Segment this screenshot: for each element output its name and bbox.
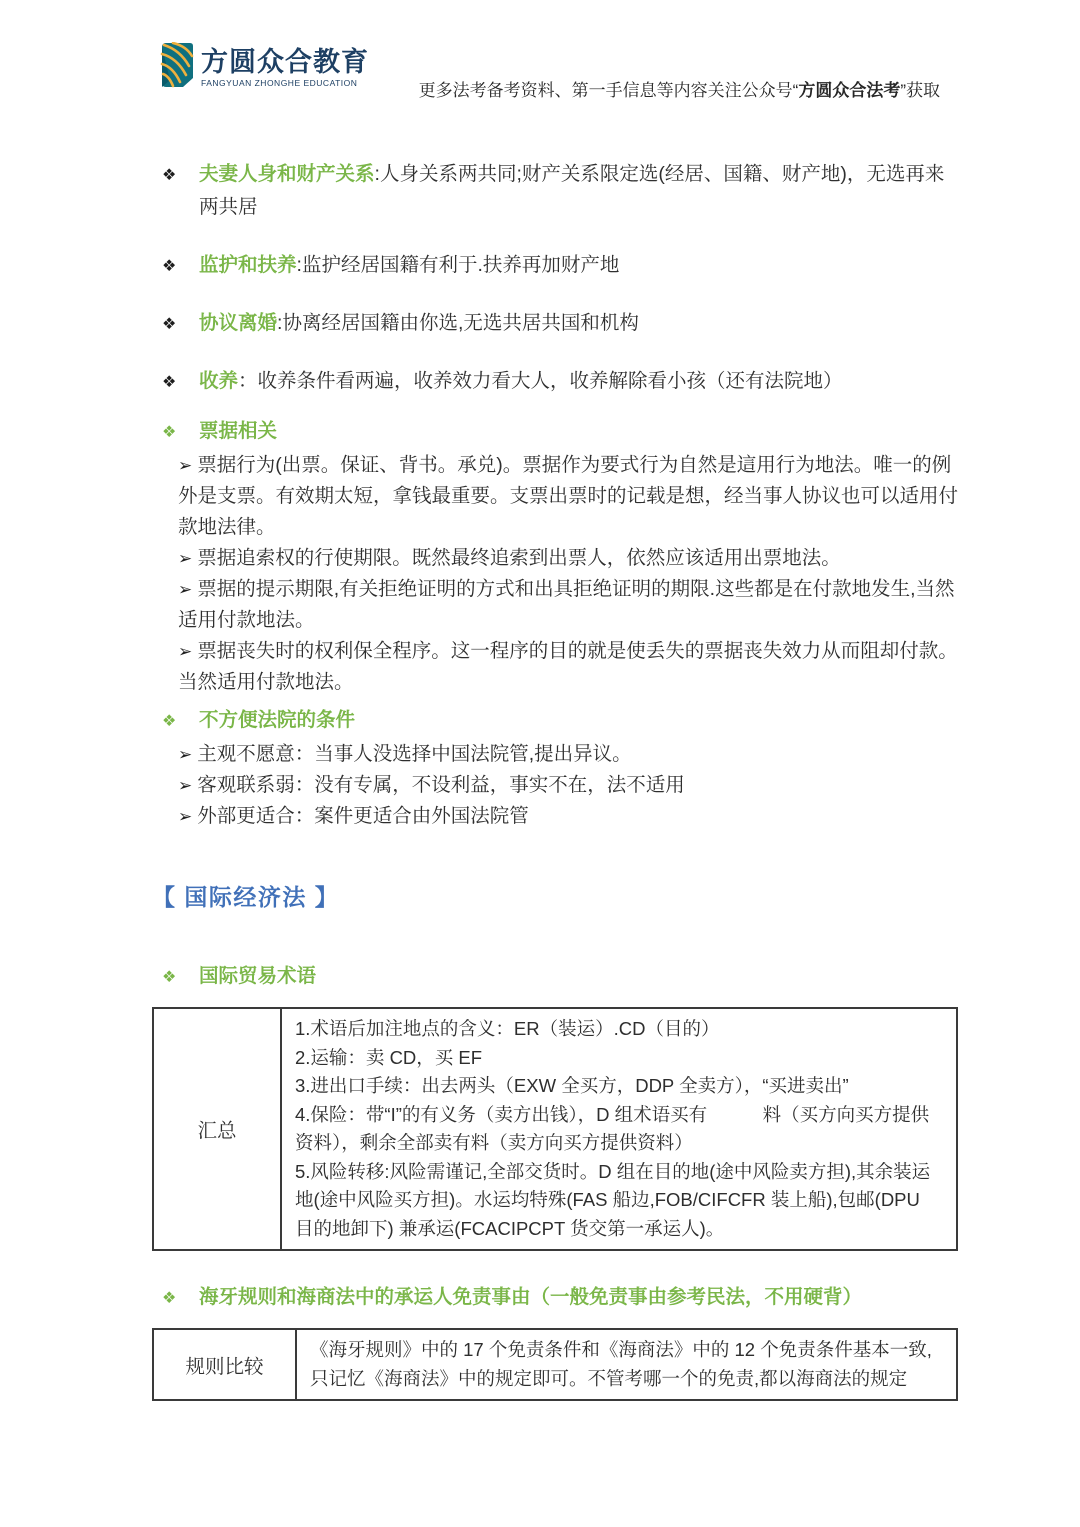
bullet-text: 协离经居国籍由你选,无选共居共国和机构: [282, 312, 638, 334]
hague-rules-table: 规则比较 《海牙规则》中的 17 个免责条件和《海商法》中的 12 个免责条件基…: [152, 1328, 958, 1401]
bullet-label: 监护和扶养: [199, 254, 297, 276]
list-item: ➢主观不愿意：当事人没选择中国法院管,提出异议。: [178, 739, 958, 770]
logo: 方圆众合教育 FANGYUAN ZHONGHE EDUCATION: [160, 42, 369, 89]
diamond-bullet-icon: ❖: [162, 705, 176, 738]
table-cell-line: 《海牙规则》中的 17 个免责条件和《海商法》中的 12 个免责条件基本一致,只…: [310, 1336, 943, 1393]
tagline-prefix: 更多法考备考资料、第一手信息等内容关注公众号“: [419, 81, 799, 100]
diamond-bullet-icon: ❖: [162, 366, 176, 399]
list-item: ➢客观联系弱：没有专属，不设利益，事实不在，法不适用: [178, 770, 958, 801]
table-row: 汇总 1.术语后加注地点的含义：ER（装运）.CD（目的） 2.运输：卖 CD，…: [153, 1008, 957, 1250]
bullet-divorce-agreement: ❖协议离婚:协离经居国籍由你选,无选共居共国和机构: [152, 307, 958, 340]
fangyuan-logo-icon: [160, 42, 194, 89]
diamond-bullet-icon: ❖: [162, 159, 176, 192]
list-item-text: 主观不愿意：当事人没选择中国法院管,提出异议。: [197, 743, 631, 765]
bullet-adoption: ❖收养：收养条件看两遍，收养效力看大人，收养解除看小孩（还有法院地）: [152, 365, 958, 398]
bullet-guardianship: ❖监护和扶养:监护经居国籍有利于.扶养再加财产地: [152, 249, 958, 282]
section-title: 海牙规则和海商法中的承运人免责事由（一般免责事由参考民法，不用硬背）: [199, 1286, 862, 1308]
bullet-text: 监护经居国籍有利于.扶养再加财产地: [302, 254, 619, 276]
section-heading-bills: ❖票据相关: [152, 415, 958, 448]
list-item: ➢票据丧失时的权利保全程序。这一程序的目的就是使丢失的票据丧失效力从而阻却付款。…: [178, 636, 958, 698]
document-page: 方圆众合教育 FANGYUAN ZHONGHE EDUCATION 更多法考备考…: [0, 0, 1080, 1527]
tagline-brand: 方圆众合法考: [798, 81, 900, 100]
section-heading-forum-non-conveniens: ❖不方便法院的条件: [152, 704, 958, 737]
tagline-suffix: ”获取: [900, 81, 940, 100]
bullet-label: 夫妻人身和财产关系: [199, 163, 375, 185]
list-item-text: 票据的提示期限,有关拒绝证明的方式和出具拒绝证明的期限.这些都是在付款地发生,当…: [178, 578, 955, 631]
arrow-bullet-icon: ➢: [178, 580, 192, 599]
diamond-bullet-icon: ❖: [162, 416, 176, 449]
table-cell-line: 1.术语后加注地点的含义：ER（装运）.CD（目的）: [295, 1015, 943, 1044]
list-item: ➢票据追索权的行使期限。既然最终追索到出票人，依然应该适用出票地法。: [178, 543, 958, 574]
diamond-bullet-icon: ❖: [162, 308, 176, 341]
section-heading-trade-terms: ❖国际贸易术语: [152, 960, 958, 993]
section-title: 票据相关: [199, 420, 277, 442]
section-title: 不方便法院的条件: [199, 709, 355, 731]
bullet-label: 收养: [199, 370, 238, 392]
logo-title: 方圆众合教育: [201, 46, 369, 78]
table-row-label: 规则比较: [153, 1329, 296, 1400]
arrow-bullet-icon: ➢: [178, 807, 192, 826]
table-cell-line: 5.风险转移:风险需谨记,全部交货时。D 组在目的地(途中风险卖方担),其余装运…: [295, 1158, 943, 1244]
header-tagline: 更多法考备考资料、第一手信息等内容关注公众号“方圆众合法考”获取: [419, 76, 940, 101]
table-row-content: 1.术语后加注地点的含义：ER（装运）.CD（目的） 2.运输：卖 CD，买 E…: [281, 1008, 957, 1250]
list-item: ➢外部更适合：案件更适合由外国法院管: [178, 801, 958, 832]
diamond-bullet-icon: ❖: [162, 250, 176, 283]
arrow-bullet-icon: ➢: [178, 776, 192, 795]
table-row: 规则比较 《海牙规则》中的 17 个免责条件和《海商法》中的 12 个免责条件基…: [153, 1329, 957, 1400]
list-item-text: 客观联系弱：没有专属，不设利益，事实不在，法不适用: [197, 774, 685, 796]
section-heading-hague-rules: ❖海牙规则和海商法中的承运人免责事由（一般免责事由参考民法，不用硬背）: [152, 1281, 958, 1314]
bullet-marital-relations: ❖夫妻人身和财产关系:人身关系两共同;财产关系限定选(经居、国籍、财产地)，无选…: [152, 158, 958, 224]
part-header-international-economic-law: 【 国际经济法 】: [152, 880, 958, 914]
bullet-colon: ：: [238, 370, 258, 392]
list-item-text: 外部更适合：案件更适合由外国法院管: [197, 805, 529, 827]
table-row-content: 《海牙规则》中的 17 个免责条件和《海商法》中的 12 个免责条件基本一致,只…: [296, 1329, 957, 1400]
table-cell-line: 4.保险：带“I”的有义务（卖方出钱），D 组术语买有 料（买方向买方提供资料）…: [295, 1101, 943, 1158]
section-title: 国际贸易术语: [199, 965, 316, 987]
logo-text: 方圆众合教育 FANGYUAN ZHONGHE EDUCATION: [201, 42, 369, 88]
arrow-bullet-icon: ➢: [178, 642, 192, 661]
list-item: ➢票据的提示期限,有关拒绝证明的方式和出具拒绝证明的期限.这些都是在付款地发生,…: [178, 574, 958, 636]
arrow-bullet-icon: ➢: [178, 456, 192, 475]
table-cell-line: 2.运输：卖 CD，买 EF: [295, 1044, 943, 1073]
arrow-bullet-icon: ➢: [178, 745, 192, 764]
diamond-bullet-icon: ❖: [162, 961, 176, 994]
table-row-label: 汇总: [153, 1008, 281, 1250]
bullet-label: 协议离婚: [199, 312, 277, 334]
diamond-bullet-icon: ❖: [162, 1282, 176, 1315]
arrow-bullet-icon: ➢: [178, 549, 192, 568]
table-cell-line: 3.进出口手续：出去两头（EXW 全买方，DDP 全卖方），“买进卖出”: [295, 1072, 943, 1101]
logo-subtitle: FANGYUAN ZHONGHE EDUCATION: [201, 78, 369, 88]
trade-terms-table: 汇总 1.术语后加注地点的含义：ER（装运）.CD（目的） 2.运输：卖 CD，…: [152, 1007, 958, 1251]
list-item: ➢票据行为(出票。保证、背书。承兑)。票据作为要式行为自然是這用行为地法。唯一的…: [178, 450, 958, 543]
list-item-text: 票据丧失时的权利保全程序。这一程序的目的就是使丢失的票据丧失效力从而阻却付款。当…: [178, 640, 958, 693]
page-content: ❖夫妻人身和财产关系:人身关系两共同;财产关系限定选(经居、国籍、财产地)，无选…: [152, 158, 958, 1401]
bullet-text: 收养条件看两遍，收养效力看大人，收养解除看小孩（还有法院地）: [258, 370, 843, 392]
list-item-text: 票据行为(出票。保证、背书。承兑)。票据作为要式行为自然是這用行为地法。唯一的例…: [178, 454, 958, 538]
list-item-text: 票据追索权的行使期限。既然最终追索到出票人，依然应该适用出票地法。: [197, 547, 841, 569]
